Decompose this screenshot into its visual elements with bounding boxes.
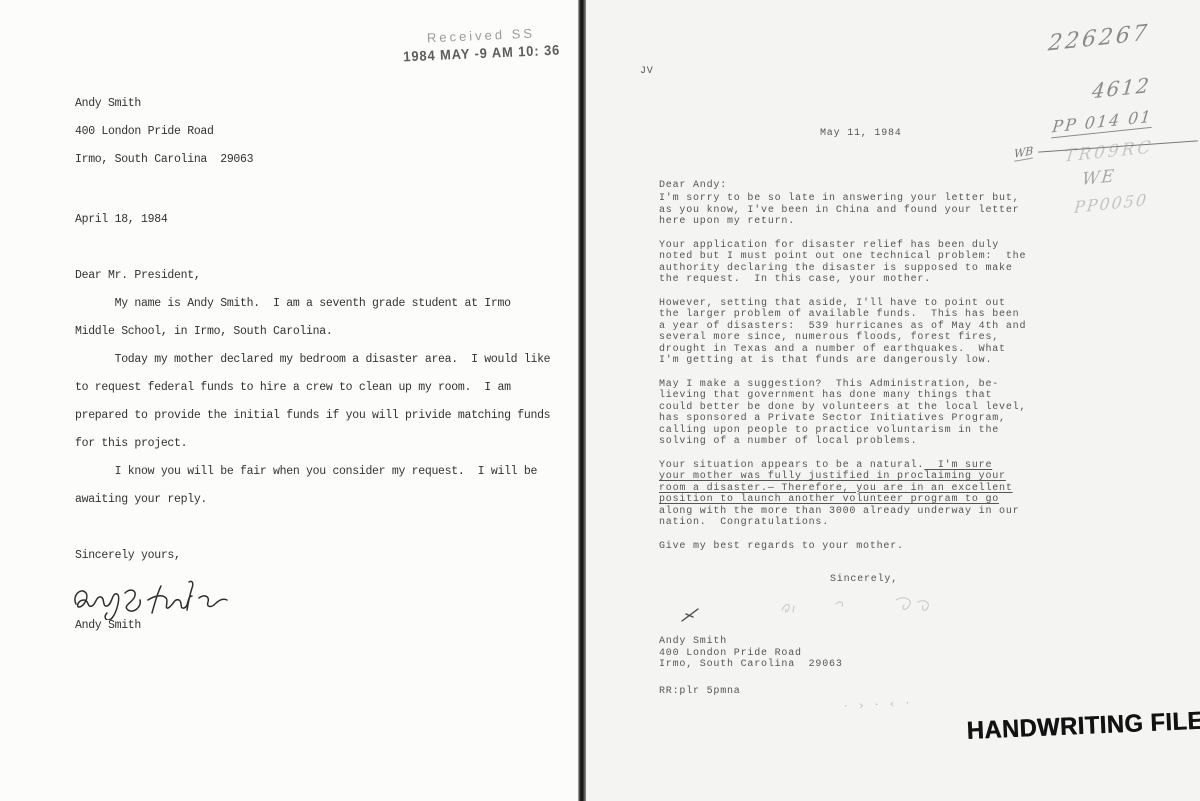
scanned-letters-document: { "left_letter": { "stamp": { "line1": "… [0, 0, 1200, 801]
salutation: Dear Mr. President, [75, 262, 200, 290]
body-line: I know you will be fair when you conside… [75, 458, 550, 486]
received-date-stamp: Received SS 1984 MAY -9 AM 10: 36 [395, 24, 567, 64]
reply-body-line: several more since, numerous floods, for… [659, 332, 1026, 344]
paragraph: Your application for disaster relief has… [659, 240, 1026, 286]
reply-body-line: calling upon people to practice voluntar… [659, 425, 1026, 437]
body-line: awaiting your reply. [75, 486, 550, 514]
underlined-text: I'm sure [924, 460, 992, 471]
paragraph: May I make a suggestion? This Administra… [659, 379, 1026, 448]
reply-body-line: drought in Texas and a number of earthqu… [659, 344, 1026, 356]
reply-body-line: nation. Congratulations. [659, 517, 1026, 529]
faint-handwritten-signature [776, 590, 956, 623]
closing-phrase: Sincerely yours, [75, 542, 181, 570]
recipient-address-line: 400 London Pride Road [659, 648, 843, 660]
recipient-address-block: Andy Smith400 London Pride RoadIrmo, Sou… [659, 636, 843, 671]
reply-body-line: a year of disasters: 539 hurricanes as o… [659, 321, 1026, 333]
body-line: Today my mother declared my bedroom a di… [75, 346, 550, 374]
faint-signature-ink [776, 590, 956, 618]
body-line: for this project. [75, 430, 550, 458]
reply-body-line: Your situation appears to be a natural. … [659, 460, 1026, 472]
pencil-annotation-code: PP 014 01 [1051, 107, 1153, 139]
pencil-annotation-code-faint: PP0050 [1073, 190, 1149, 217]
reply-body: I'm sorry to be so late in answering you… [659, 193, 1026, 564]
sender-address-line: 400 London Pride Road [75, 118, 253, 146]
underlined-text: your mother was fully justified in procl… [659, 471, 1006, 482]
letter-date: April 18, 1984 [75, 206, 167, 234]
recipient-address-line: Irmo, South Carolina 29063 [659, 659, 843, 671]
handwritten-slash-mark [678, 606, 704, 629]
reference-line: RR:plr 5pmna [659, 686, 741, 698]
reply-body-line: authority declaring the disaster is supp… [659, 263, 1026, 275]
right-letter-page: JV May 11, 1984 Dear Andy: I'm sorry to … [586, 0, 1200, 801]
plain-text: Your situation appears to be a natural. [659, 460, 924, 471]
reply-body-line: However, setting that aside, I'll have t… [659, 298, 1026, 310]
reply-body-line: lieving that government has done many th… [659, 390, 1026, 402]
reply-body-line: Your application for disaster relief has… [659, 240, 1026, 252]
faint-stamp-marks: · › · ‹ · [844, 696, 914, 713]
reply-body-line: position to launch another volunteer pro… [659, 494, 1026, 506]
pencil-annotation-number: 4612 [1091, 73, 1152, 104]
paragraph: However, setting that aside, I'll have t… [659, 298, 1026, 367]
body-line: My name is Andy Smith. I am a seventh gr… [75, 290, 550, 318]
pencil-annotation-number: 226267 [1047, 20, 1151, 56]
recipient-address-line: Andy Smith [659, 636, 843, 648]
reply-body-line: I'm sorry to be so late in answering you… [659, 193, 1026, 205]
body-line: to request federal funds to hire a crew … [75, 374, 550, 402]
handwriting-file-stamp: HANDWRITING FILE [966, 703, 1200, 746]
reply-body-line: room a disaster.— Therefore, you are in … [659, 483, 1026, 495]
reply-body-line: the request. In this case, your mother. [659, 274, 1026, 286]
pencil-annotation-code-faint: TR09RC [1063, 137, 1154, 167]
left-letter-page: Received SS 1984 MAY -9 AM 10: 36 Andy S… [0, 0, 578, 801]
pencil-annotation-initials: WB [1014, 144, 1033, 162]
reply-salutation: Dear Andy: [659, 180, 727, 192]
reply-body-line: I'm getting at is that funds are dangero… [659, 355, 1026, 367]
reply-body-line: Give my best regards to your mother. [659, 541, 1026, 553]
typed-signature-name: Andy Smith [75, 612, 141, 640]
reply-body-line: the larger problem of available funds. T… [659, 309, 1026, 321]
sender-address-line: Irmo, South Carolina 29063 [75, 146, 253, 174]
letter-body: My name is Andy Smith. I am a seventh gr… [75, 290, 550, 514]
reply-body-line: here upon my return. [659, 216, 1026, 228]
slash-ink [678, 606, 704, 624]
pencil-annotation-initials: WE [1081, 166, 1117, 190]
reply-date: May 11, 1984 [820, 128, 902, 140]
underlined-text: position to launch another volunteer pro… [659, 494, 999, 505]
reply-body-line: has sponsored a Private Sector Initiativ… [659, 413, 1026, 425]
reply-body-line: noted but I must point out one technical… [659, 251, 1026, 263]
paragraph: Give my best regards to your mother. [659, 541, 1026, 553]
typist-initials: JV [640, 66, 654, 78]
reply-body-line: as you know, I've been in China and foun… [659, 205, 1026, 217]
body-line: prepared to provide the initial funds if… [75, 402, 550, 430]
reply-body-line: could better be done by volunteers at th… [659, 402, 1026, 414]
paragraph: Your situation appears to be a natural. … [659, 460, 1026, 529]
reply-body-line: your mother was fully justified in procl… [659, 471, 1026, 483]
sender-address-line: Andy Smith [75, 90, 253, 118]
paragraph: I'm sorry to be so late in answering you… [659, 193, 1026, 228]
page-divider [578, 0, 586, 801]
reply-body-line: along with the more than 3000 already un… [659, 506, 1026, 518]
reply-body-line: solving of a number of local problems. [659, 436, 1026, 448]
sender-address-block: Andy Smith400 London Pride RoadIrmo, Sou… [75, 90, 253, 174]
underlined-text: room a disaster.— Therefore, you are in … [659, 483, 1013, 494]
reply-closing: Sincerely, [830, 574, 898, 586]
reply-body-line: May I make a suggestion? This Administra… [659, 379, 1026, 391]
body-line: Middle School, in Irmo, South Carolina. [75, 318, 550, 346]
